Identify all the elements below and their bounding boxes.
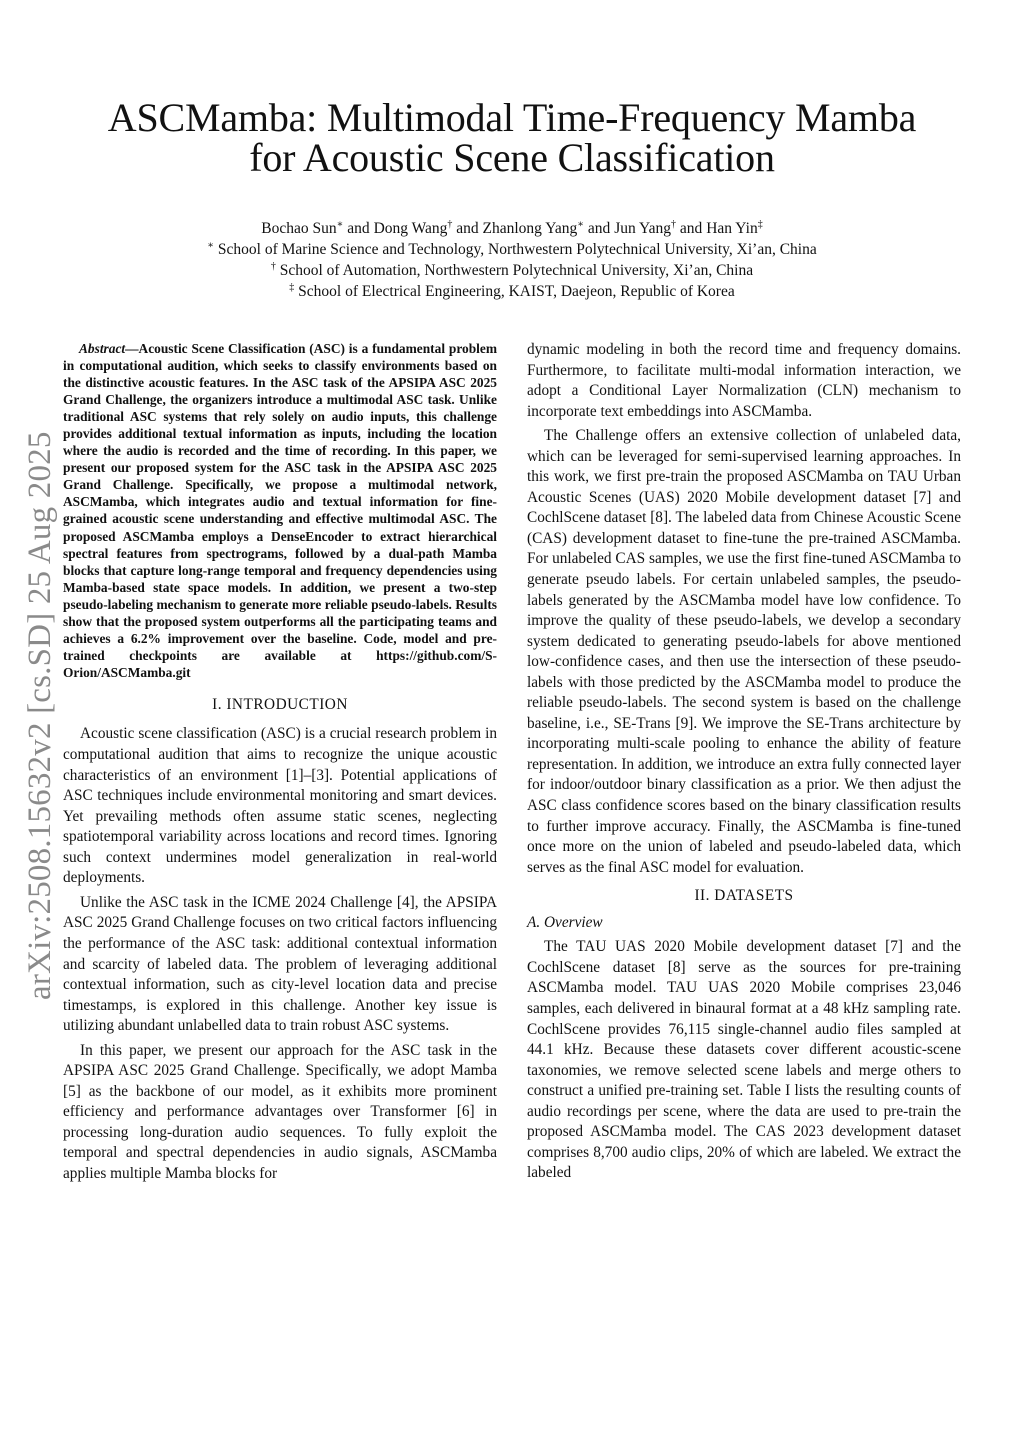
author-name: Zhanlong Yang bbox=[483, 220, 578, 237]
abstract-label: Abstract bbox=[79, 341, 125, 356]
author-name: Dong Wang bbox=[374, 220, 448, 237]
author-name: Bochao Sun bbox=[261, 220, 336, 237]
left-column: Abstract—Acoustic Scene Classification (… bbox=[63, 340, 497, 1185]
author-list: Bochao Sun∗ and Dong Wang† and Zhanlong … bbox=[60, 218, 964, 239]
intro-paragraph-3: In this paper, we present our approach f… bbox=[63, 1041, 497, 1185]
intro-paragraph-1: Acoustic scene classification (ASC) is a… bbox=[63, 724, 497, 888]
author-name: Jun Yang bbox=[614, 220, 671, 237]
intro-paragraph-2: Unlike the ASC task in the ICME 2024 Cha… bbox=[63, 893, 497, 1037]
section-heading-introduction: I. INTRODUCTION bbox=[63, 695, 497, 716]
author-name: Han Yin bbox=[706, 220, 758, 237]
abstract-dash: — bbox=[125, 341, 138, 356]
author-mark: ‡ bbox=[758, 219, 763, 230]
intro-paragraph-4: The Challenge offers an extensive collec… bbox=[527, 426, 961, 878]
affiliation-text: School of Automation, Northwestern Polyt… bbox=[276, 262, 753, 279]
intro-paragraph-continuation: dynamic modeling in both the record time… bbox=[527, 340, 961, 422]
abstract: Abstract—Acoustic Scene Classification (… bbox=[63, 340, 497, 681]
affiliation: ∗ School of Marine Science and Technolog… bbox=[60, 239, 964, 260]
datasets-paragraph-1: The TAU UAS 2020 Mobile development data… bbox=[527, 937, 961, 1184]
author-block: Bochao Sun∗ and Dong Wang† and Zhanlong … bbox=[60, 218, 964, 302]
affiliation: ‡ School of Electrical Engineering, KAIS… bbox=[60, 281, 964, 302]
abstract-text: Acoustic Scene Classification (ASC) is a… bbox=[63, 341, 497, 680]
paper-title: ASCMamba: Multimodal Time-Frequency Mamb… bbox=[60, 98, 964, 178]
title-line-1: ASCMamba: Multimodal Time-Frequency Mamb… bbox=[60, 98, 964, 138]
title-line-2: for Acoustic Scene Classification bbox=[60, 138, 964, 178]
author-separator: and bbox=[343, 220, 373, 237]
author-separator: and bbox=[676, 220, 706, 237]
affiliation-text: School of Marine Science and Technology,… bbox=[214, 241, 817, 258]
right-column: dynamic modeling in both the record time… bbox=[527, 340, 961, 1184]
arxiv-identifier-stamp: arXiv:2508.15632v2 [cs.SD] 25 Aug 2025 bbox=[22, 410, 59, 1000]
subsection-heading-overview: A. Overview bbox=[527, 913, 961, 934]
affiliation-text: School of Electrical Engineering, KAIST,… bbox=[294, 283, 734, 300]
affiliation: † School of Automation, Northwestern Pol… bbox=[60, 260, 964, 281]
section-heading-datasets: II. DATASETS bbox=[527, 886, 961, 907]
author-separator: and bbox=[584, 220, 614, 237]
author-separator: and bbox=[452, 220, 482, 237]
